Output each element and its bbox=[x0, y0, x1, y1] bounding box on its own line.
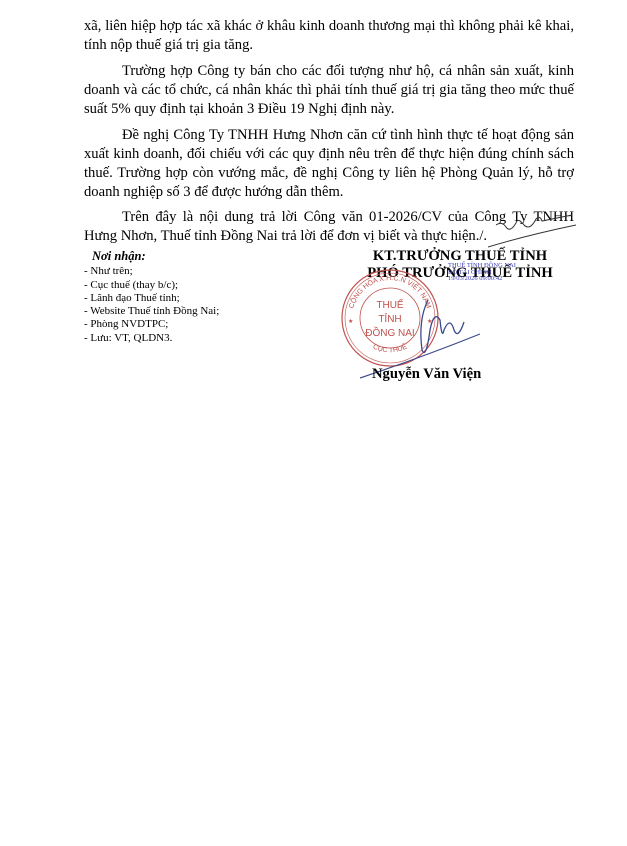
recipient-item: - Cục thuế (thay b/c); bbox=[84, 279, 219, 292]
recipient-item: - Lãnh đạo Thuế tỉnh; bbox=[84, 292, 219, 305]
recipient-item: - Lưu: VT, QLDN3. bbox=[84, 332, 219, 345]
recipient-item: - Như trên; bbox=[84, 265, 219, 278]
svg-text:★: ★ bbox=[348, 318, 353, 325]
digital-signature-info: THUẾ TỈNH ĐỒNG NAI BỘ TÀI CHÍNH 19/03/20… bbox=[448, 263, 516, 283]
paragraph-request: Đề nghị Công Ty TNHH Hưng Nhơn căn cứ tì… bbox=[84, 126, 574, 202]
digital-signature-timestamp: 19/03/2026 09:00:42 bbox=[448, 276, 516, 283]
recipients-list: Nơi nhận: - Như trên; - Cục thuế (thay b… bbox=[84, 250, 219, 345]
recipient-item: - Phòng NVDTPC; bbox=[84, 318, 219, 331]
paragraph-tax-rate: Trường hợp Công ty bán cho các đối tượng… bbox=[84, 62, 574, 119]
recipients-title: Nơi nhận: bbox=[84, 250, 219, 263]
recipient-item: - Website Thuế tỉnh Đồng Nai; bbox=[84, 305, 219, 318]
signer-name: Nguyễn Văn Viện bbox=[372, 366, 481, 383]
paragraph-continuation: xã, liên hiệp hợp tác xã khác ở khâu kin… bbox=[84, 17, 574, 55]
